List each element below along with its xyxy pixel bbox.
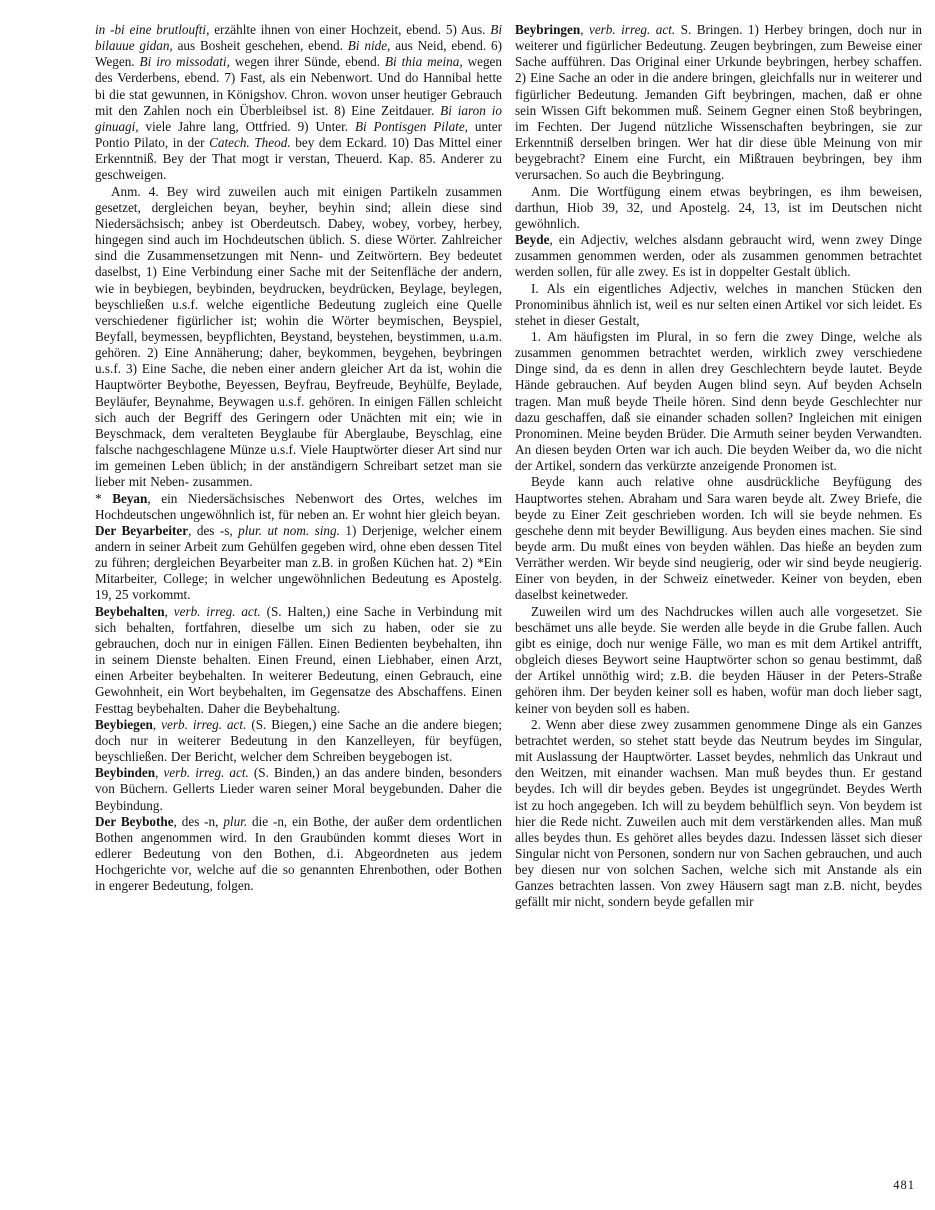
text-run: Anm. 4. Bey wird zuweilen auch mit einig…	[95, 184, 502, 490]
text-run: verb. irreg. act.	[163, 765, 248, 780]
text-run: aus Bosheit geschehen, ebend.	[173, 38, 348, 53]
text-run: Beyde	[515, 232, 549, 247]
text-run: Catech. Theod.	[209, 135, 291, 150]
text-run: Bi thia meina,	[385, 54, 463, 69]
text-run: Beybiegen	[95, 717, 153, 732]
page-number: 481	[893, 1178, 915, 1193]
paragraph: * Beyan, ein Niedersächsisches Nebenwort…	[95, 491, 502, 523]
paragraph: Beybehalten, verb. irreg. act. (S. Halte…	[95, 604, 502, 717]
text-run: 2. Wenn aber diese zwey zusammen genomme…	[515, 717, 922, 910]
text-run: , des -s,	[188, 523, 238, 538]
text-run: wegen ihrer Sünde, ebend.	[230, 54, 385, 69]
text-run: Bi iro missodati,	[140, 54, 230, 69]
paragraph: Anm. Die Wortfügung einem etwas beybring…	[515, 184, 922, 232]
paragraph: Beybringen, verb. irreg. act. S. Bringen…	[515, 22, 922, 184]
text-run: ,	[165, 604, 174, 619]
paragraph: Zuweilen wird um des Nachdruckes willen …	[515, 604, 922, 717]
paragraph: Beybiegen, verb. irreg. act. (S. Biegen,…	[95, 717, 502, 765]
paragraph: Beyde, ein Adjectiv, welches alsdann geb…	[515, 232, 922, 280]
text-run: Beyde kann auch relative ohne ausdrückli…	[515, 474, 922, 602]
text-run: Der Beyarbeiter	[95, 523, 188, 538]
text-run: *	[95, 491, 112, 506]
dictionary-page: in -bi eine brutloufti, erzählte ihnen v…	[0, 0, 935, 1210]
text-run: ,	[153, 717, 161, 732]
text-run: Beybringen	[515, 22, 580, 37]
paragraph: Beybinden, verb. irreg. act. (S. Binden,…	[95, 765, 502, 813]
text-run: erzählte ihnen von einer Hochzeit, ebend…	[209, 22, 490, 37]
text-run: Anm. Die Wortfügung einem etwas beybring…	[515, 184, 922, 231]
text-run: (S. Halten,) eine Sache in Verbindung mi…	[95, 604, 502, 716]
paragraph: 2. Wenn aber diese zwey zusammen genomme…	[515, 717, 922, 911]
column-left: in -bi eine brutloufti, erzählte ihnen v…	[95, 22, 502, 911]
text-run: verb. irreg. act.	[589, 22, 675, 37]
paragraph: I. Als ein eigentliches Adjectiv, welche…	[515, 281, 922, 329]
paragraph: Der Beyarbeiter, des -s, plur. ut nom. s…	[95, 523, 502, 604]
text-run: Der Beybothe	[95, 814, 174, 829]
text-columns: in -bi eine brutloufti, erzählte ihnen v…	[95, 22, 922, 911]
text-run: Beybehalten	[95, 604, 165, 619]
text-run: plur. ut nom. sing.	[238, 523, 340, 538]
paragraph: in -bi eine brutloufti, erzählte ihnen v…	[95, 22, 502, 184]
text-run: ,	[580, 22, 589, 37]
text-run: S. Bringen. 1) Herbey bringen, doch nur …	[515, 22, 922, 182]
text-run: Bi Pontisgen Pilate,	[355, 119, 468, 134]
text-run: , des -n,	[174, 814, 224, 829]
text-run: I. Als ein eigentliches Adjectiv, welche…	[515, 281, 922, 328]
text-run: verb. irreg. act.	[161, 717, 246, 732]
paragraph: 1. Am häufigsten im Plural, in so fern d…	[515, 329, 922, 474]
text-run: viele Jahre lang, Ottfried. 9) Unter.	[139, 119, 355, 134]
paragraph: Der Beybothe, des -n, plur. die -n, ein …	[95, 814, 502, 895]
paragraph: Anm. 4. Bey wird zuweilen auch mit einig…	[95, 184, 502, 491]
text-run: , ein Niedersächsisches Nebenwort des Or…	[95, 491, 502, 522]
text-run: 1. Am häufigsten im Plural, in so fern d…	[515, 329, 922, 473]
text-run: Bi nide,	[348, 38, 391, 53]
text-run: Zuweilen wird um des Nachdruckes willen …	[515, 604, 922, 716]
text-run: , ein Adjectiv, welches alsdann gebrauch…	[515, 232, 922, 279]
text-run: Beybinden	[95, 765, 155, 780]
text-run: verb. irreg. act.	[174, 604, 261, 619]
paragraph: Beyde kann auch relative ohne ausdrückli…	[515, 474, 922, 603]
column-right: Beybringen, verb. irreg. act. S. Bringen…	[515, 22, 922, 911]
text-run: plur.	[223, 814, 247, 829]
text-run: Beyan	[112, 491, 147, 506]
text-run: in -bi eine brutloufti,	[95, 22, 209, 37]
